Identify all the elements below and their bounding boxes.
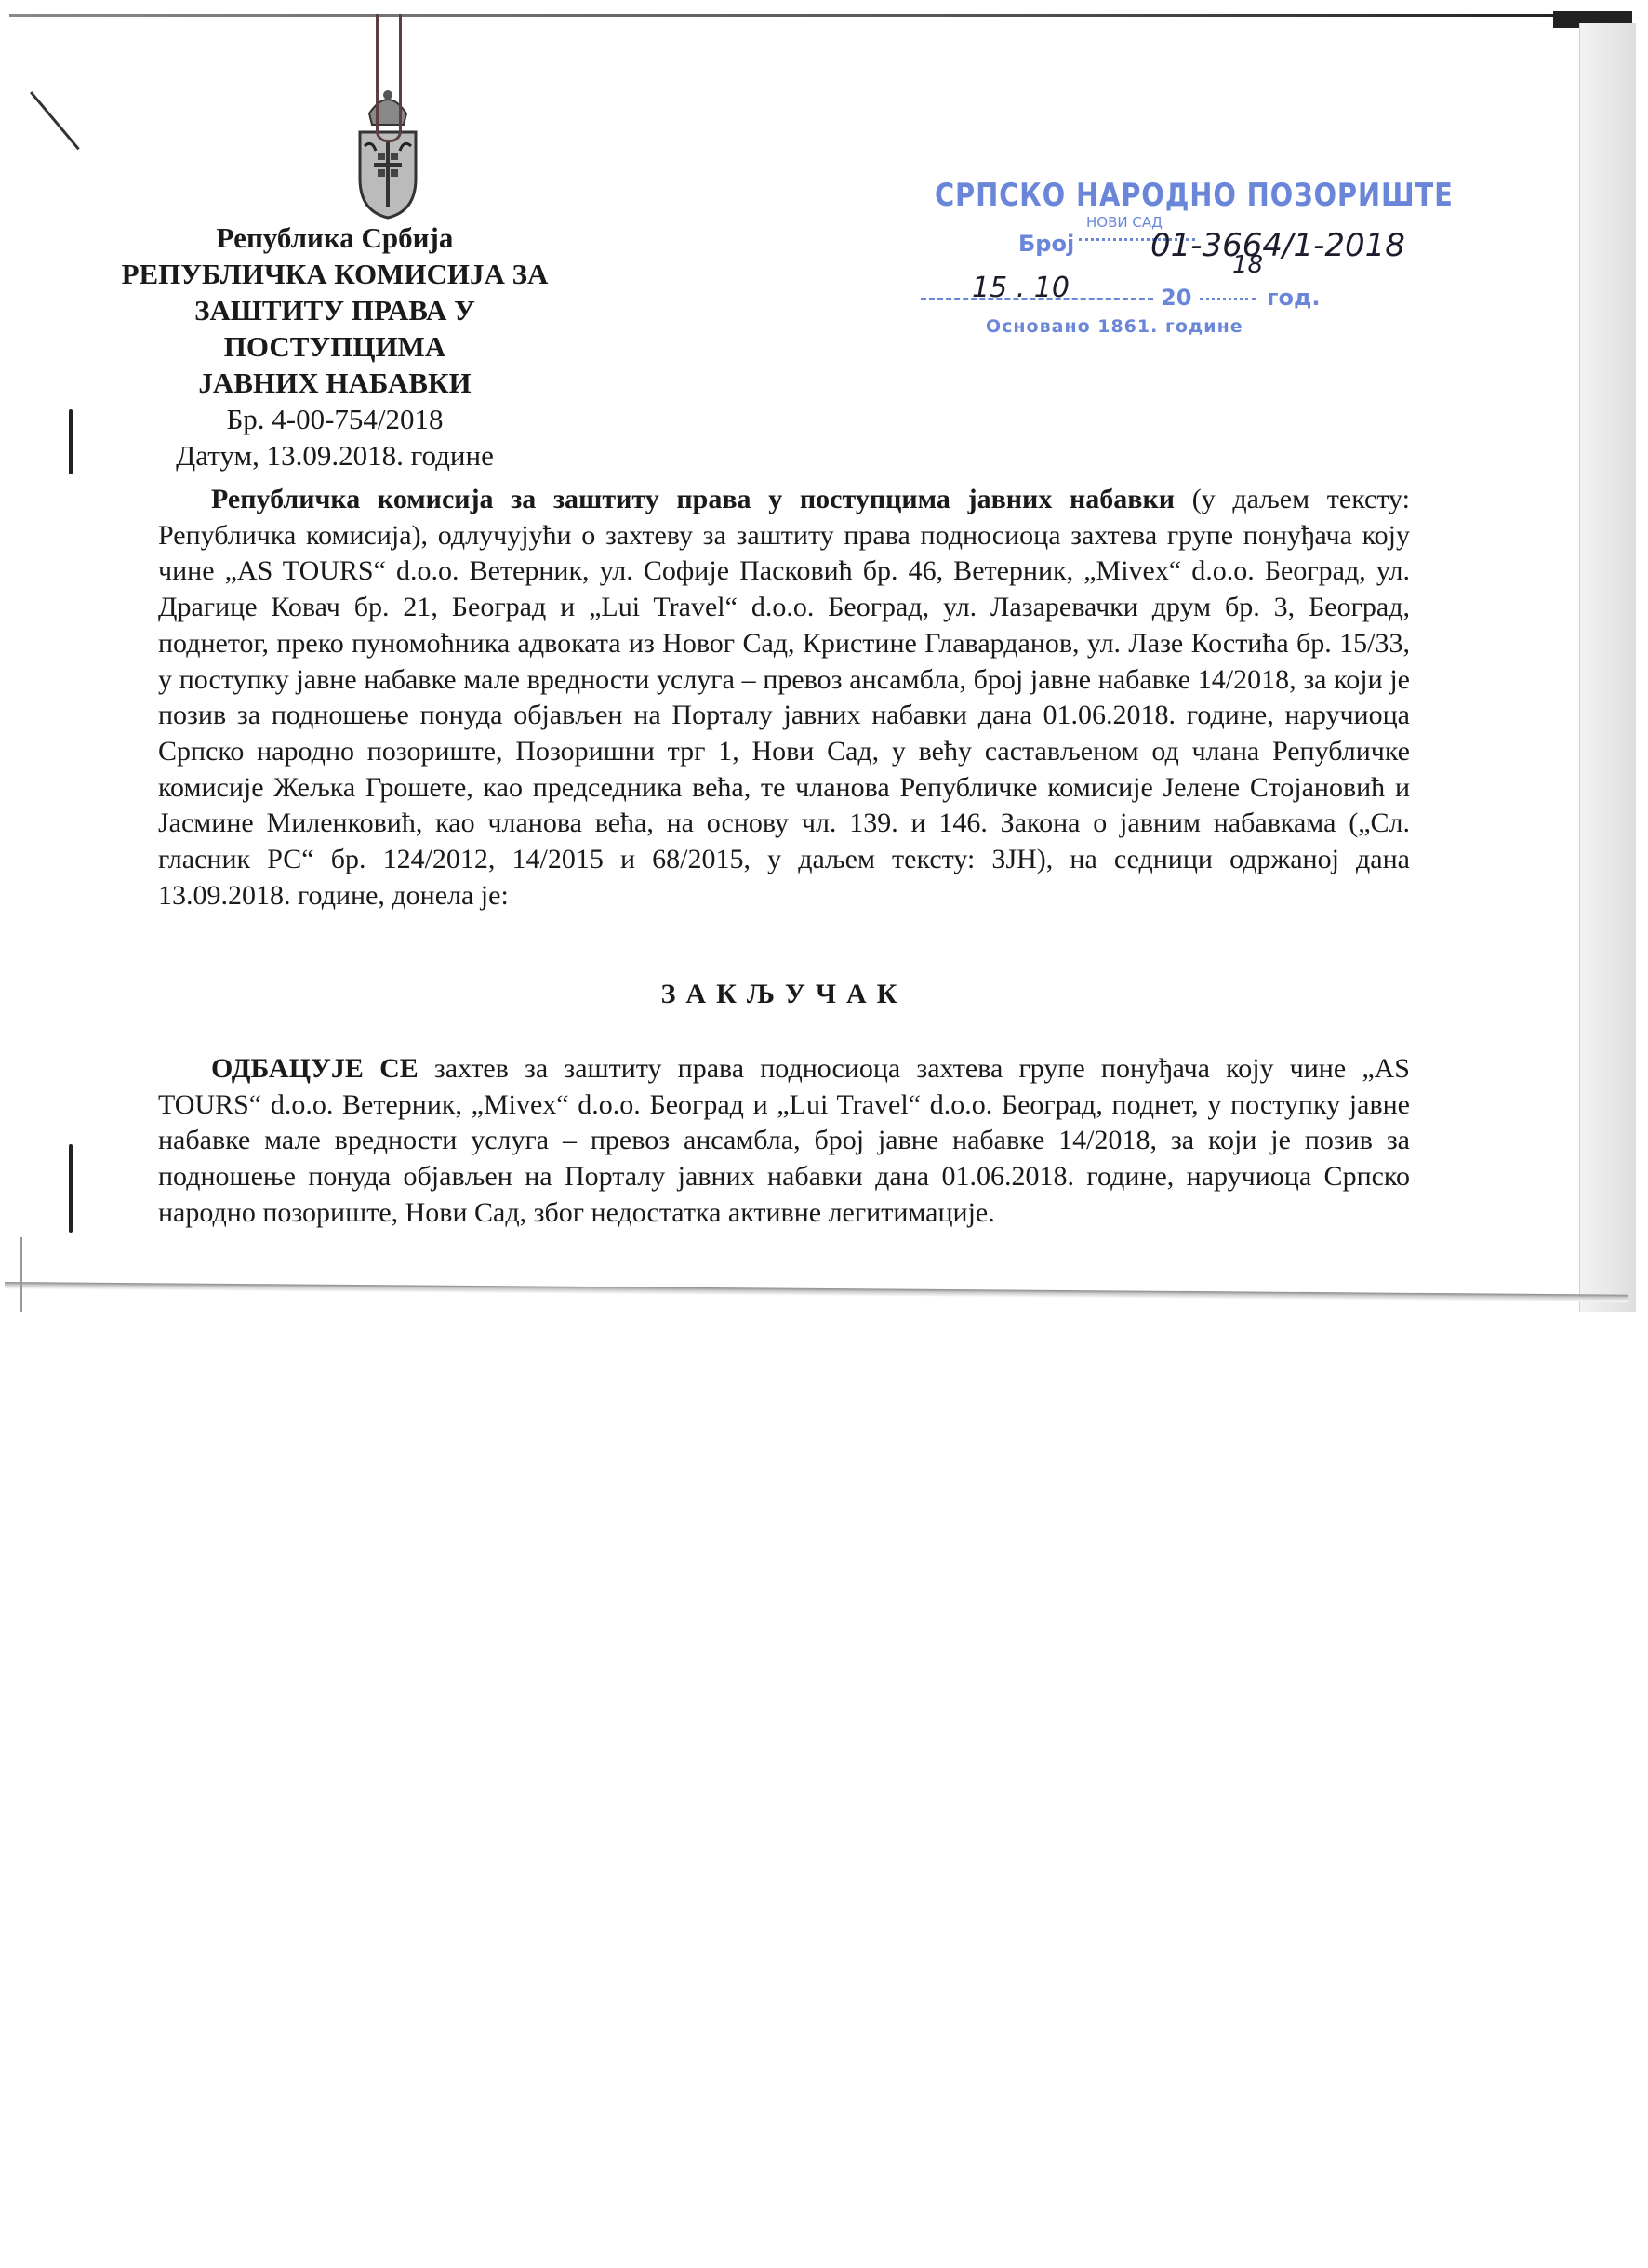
country-name: Република Србија bbox=[112, 220, 558, 256]
handwritten-registry-number: 01-3664/1-2018 bbox=[1150, 227, 1405, 264]
section-title: ЗАКЉУЧАК bbox=[158, 979, 1410, 1010]
handwritten-year: 18 bbox=[1232, 251, 1263, 279]
scan-diagonal-mark bbox=[30, 91, 80, 150]
intro-bold-lead: Републичка комисија за заштиту права у п… bbox=[211, 484, 1175, 514]
document-date: Датум, 13.09.2018. године bbox=[112, 437, 558, 474]
stamp-year-prefix: 20 bbox=[1161, 285, 1191, 311]
intro-text: (у даљем тексту: Републичка комисија), о… bbox=[158, 484, 1410, 911]
margin-punch-mark bbox=[69, 1144, 73, 1233]
handwritten-date: 15 . 10 bbox=[972, 272, 1070, 304]
scan-right-edge-shadow bbox=[1579, 23, 1636, 1312]
scan-top-edge bbox=[9, 14, 1581, 17]
scan-left-edge bbox=[20, 1237, 22, 1312]
paperclip bbox=[376, 14, 402, 142]
institution-line-2: ЗАШТИТУ ПРАВА У ПОСТУПЦИМА bbox=[112, 292, 558, 365]
stamp-year-line bbox=[1200, 298, 1256, 300]
intro-paragraph: Републичка комисија за заштиту права у п… bbox=[158, 482, 1410, 914]
institution-line-1: РЕПУБЛИЧКА КОМИСИЈА ЗА bbox=[112, 256, 558, 292]
document-header: Република Србија РЕПУБЛИЧКА КОМИСИЈА ЗА … bbox=[112, 220, 558, 474]
ruling-paragraph: ОДБАЦУЈЕ СЕ захтев за заштиту права подн… bbox=[158, 1051, 1410, 1232]
stamp-founded: Основано 1861. године bbox=[986, 316, 1243, 337]
ruling-bold-lead: ОДБАЦУЈЕ СЕ bbox=[211, 1053, 419, 1084]
case-number: Бр. 4-00-754/2018 bbox=[112, 401, 558, 437]
scan-page-bottom-edge bbox=[5, 1282, 1628, 1302]
stamp-number-label: Број bbox=[1018, 231, 1074, 257]
institution-line-3: ЈАВНИХ НАБАВКИ bbox=[112, 365, 558, 401]
stamp-year-suffix: год. bbox=[1267, 285, 1321, 311]
stamp-organization: СРПСКО НАРОДНО ПОЗОРИШТЕ bbox=[935, 177, 1454, 214]
margin-punch-mark bbox=[69, 409, 73, 474]
